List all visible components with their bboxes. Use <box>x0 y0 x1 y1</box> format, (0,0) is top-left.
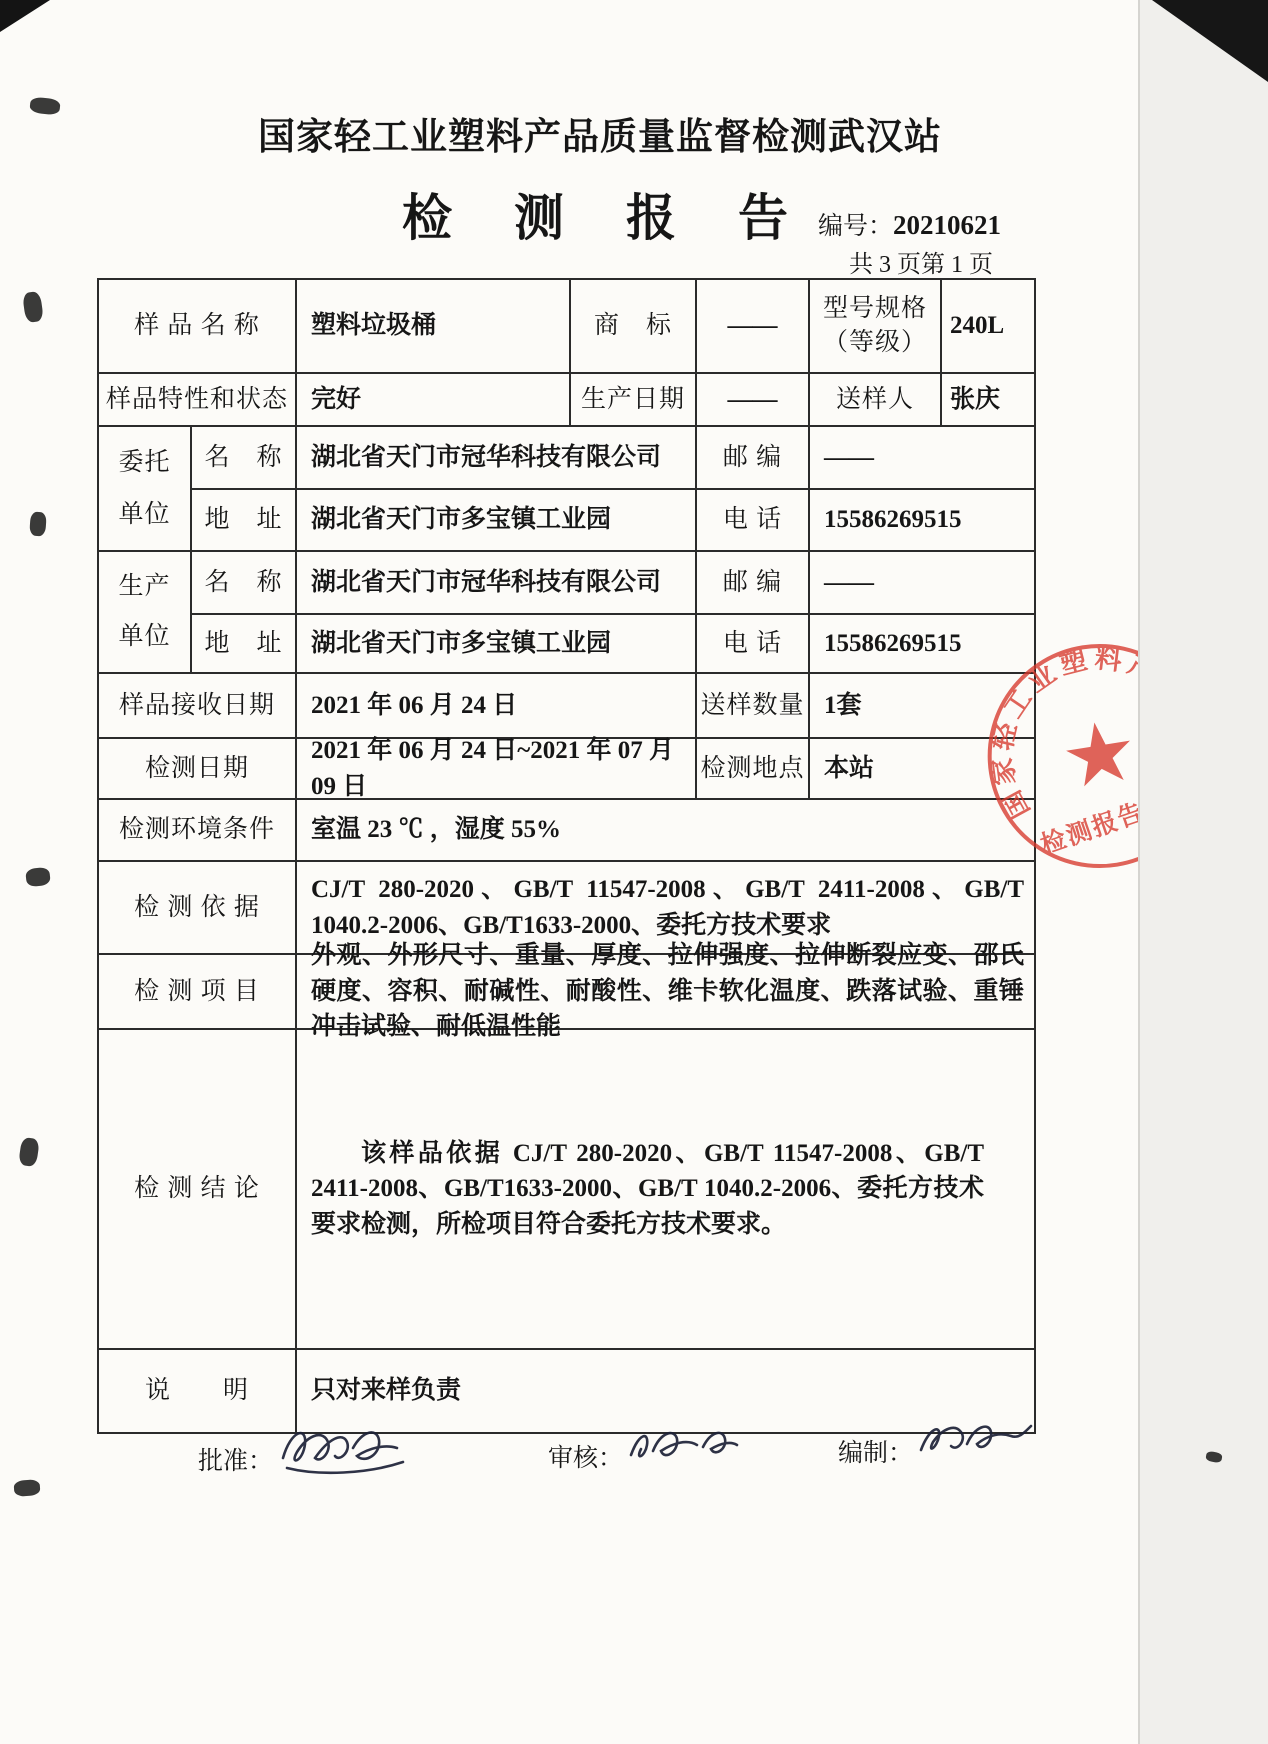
organization-title: 国家轻工业塑料产品质量监督检测武汉站 <box>160 106 1040 160</box>
client-address-label: 地 址 <box>192 490 297 552</box>
sample-name-label: 样 品 名 称 <box>99 280 297 374</box>
seal-arc-text: 国家轻工业塑料产品 <box>980 638 1138 826</box>
review-signature-scribble <box>625 1419 743 1473</box>
prepare-label: 编制： <box>838 1433 913 1469</box>
test-place-label: 检测地点 <box>697 739 810 800</box>
basis-label: 检 测 依 据 <box>99 862 297 955</box>
review-label: 审核： <box>548 1438 623 1474</box>
client-zip-label: 邮 编 <box>697 427 810 490</box>
approve-signature-scribble <box>275 1418 415 1480</box>
sample-sender-label: 送样人 <box>810 374 942 427</box>
scan-artifact <box>13 1479 40 1497</box>
scan-artifact <box>22 291 44 323</box>
page-info: 共 3 页第 1 页 <box>828 244 1014 279</box>
scan-artifact <box>29 511 47 536</box>
environment-label: 检测环境条件 <box>99 800 297 862</box>
svg-text:国家轻工业塑料产品: 国家轻工业塑料产品 <box>980 638 1138 826</box>
prepare-signature-scribble <box>915 1412 1041 1470</box>
receive-date-label: 样品接收日期 <box>99 674 297 739</box>
manufacturer-phone-label: 电 话 <box>697 615 810 674</box>
model-label-line1: 型号规格 <box>823 292 927 326</box>
client-phone-value: 15586269515 <box>810 490 1034 552</box>
client-group-label: 委托 单位 <box>99 427 192 552</box>
manufacturer-address-label: 地 址 <box>192 615 297 674</box>
basis-value: CJ/T 280-2020、GB/T 11547-2008、GB/T 2411-… <box>311 872 1024 943</box>
client-name-label: 名 称 <box>192 427 297 490</box>
test-date-value: 2021 年 06 月 24 日~2021 年 07 月 09 日 <box>297 739 697 800</box>
sample-qty-label: 送样数量 <box>697 674 810 739</box>
manufacturer-zip-value: —— <box>810 552 1034 615</box>
client-zip-value: —— <box>810 427 1034 490</box>
conclusion-value: 该样品依据 CJ/T 280-2020、GB/T 11547-2008、GB/T… <box>311 1136 984 1243</box>
report-number-value: 20210621 <box>893 210 1001 240</box>
receive-date-value: 2021 年 06 月 24 日 <box>297 674 697 739</box>
scan-background <box>1140 0 1268 1744</box>
seal-line-text: 检测报告 <box>1037 797 1138 860</box>
client-group-line2: 单位 <box>118 497 170 533</box>
trademark-value: —— <box>697 280 810 374</box>
sample-name-value: 塑料垃圾桶 <box>297 280 571 374</box>
scan-artifact <box>18 1137 40 1167</box>
approve-signature-group: 批准： <box>198 1438 415 1480</box>
review-signature-group: 审核： <box>548 1438 743 1474</box>
model-value: 240L <box>942 280 1034 374</box>
production-date-label: 生产日期 <box>571 374 697 427</box>
client-address-value: 湖北省天门市多宝镇工业园 <box>297 490 697 552</box>
scan-artifact <box>25 867 51 887</box>
manufacturer-name-value: 湖北省天门市冠华科技有限公司 <box>297 552 697 615</box>
client-name-value: 湖北省天门市冠华科技有限公司 <box>297 427 697 490</box>
seal-star-icon <box>1062 717 1135 788</box>
production-date-value: —— <box>697 374 810 427</box>
items-value: 外观、外形尺寸、重量、厚度、拉伸强度、拉伸断裂应变、邵氏硬度、容积、耐碱性、耐酸… <box>311 938 1024 1045</box>
client-phone-label: 电 话 <box>697 490 810 552</box>
prepare-signature-group: 编制： <box>838 1432 1041 1470</box>
sample-state-value: 完好 <box>297 374 571 427</box>
manufacturer-group-line1: 生产 <box>118 569 170 605</box>
paper-edge <box>1138 0 1140 1744</box>
report-page: 国家轻工业塑料产品质量监督检测武汉站 检测报告 编号：20210621 共 3 … <box>0 0 1268 1744</box>
report-number: 编号：20210621 <box>818 206 1001 242</box>
manufacturer-group-label: 生产 单位 <box>99 552 192 674</box>
scan-artifact <box>29 96 61 115</box>
report-table: 样 品 名 称 塑料垃圾桶 商 标 —— 型号规格 （等级） 240L 样品特性… <box>97 278 1036 1434</box>
manufacturer-address-value: 湖北省天门市多宝镇工业园 <box>297 615 697 674</box>
model-label-line2: （等级） <box>823 326 927 360</box>
items-label: 检 测 项 目 <box>99 955 297 1030</box>
test-date-label: 检测日期 <box>99 739 297 800</box>
environment-value: 室温 23 ℃ ，湿度 55% <box>297 800 1034 862</box>
model-label: 型号规格 （等级） <box>810 280 942 374</box>
sample-sender-value: 张庆 <box>942 374 1034 427</box>
manufacturer-zip-label: 邮 编 <box>697 552 810 615</box>
report-title: 检测报告 <box>402 178 850 250</box>
conclusion-label: 检 测 结 论 <box>99 1030 297 1350</box>
client-group-line1: 委托 <box>118 445 170 481</box>
trademark-label: 商 标 <box>571 280 697 374</box>
report-number-label: 编号： <box>818 213 893 240</box>
manufacturer-group-line2: 单位 <box>118 619 170 655</box>
manufacturer-name-label: 名 称 <box>192 552 297 615</box>
note-label: 说 明 <box>99 1350 297 1432</box>
approve-label: 批准： <box>198 1441 273 1477</box>
sample-state-label: 样品特性和状态 <box>99 374 297 427</box>
scan-artifact <box>0 0 50 32</box>
red-seal-stamp: 国家轻工业塑料产品 检测报告 <box>980 638 1138 882</box>
